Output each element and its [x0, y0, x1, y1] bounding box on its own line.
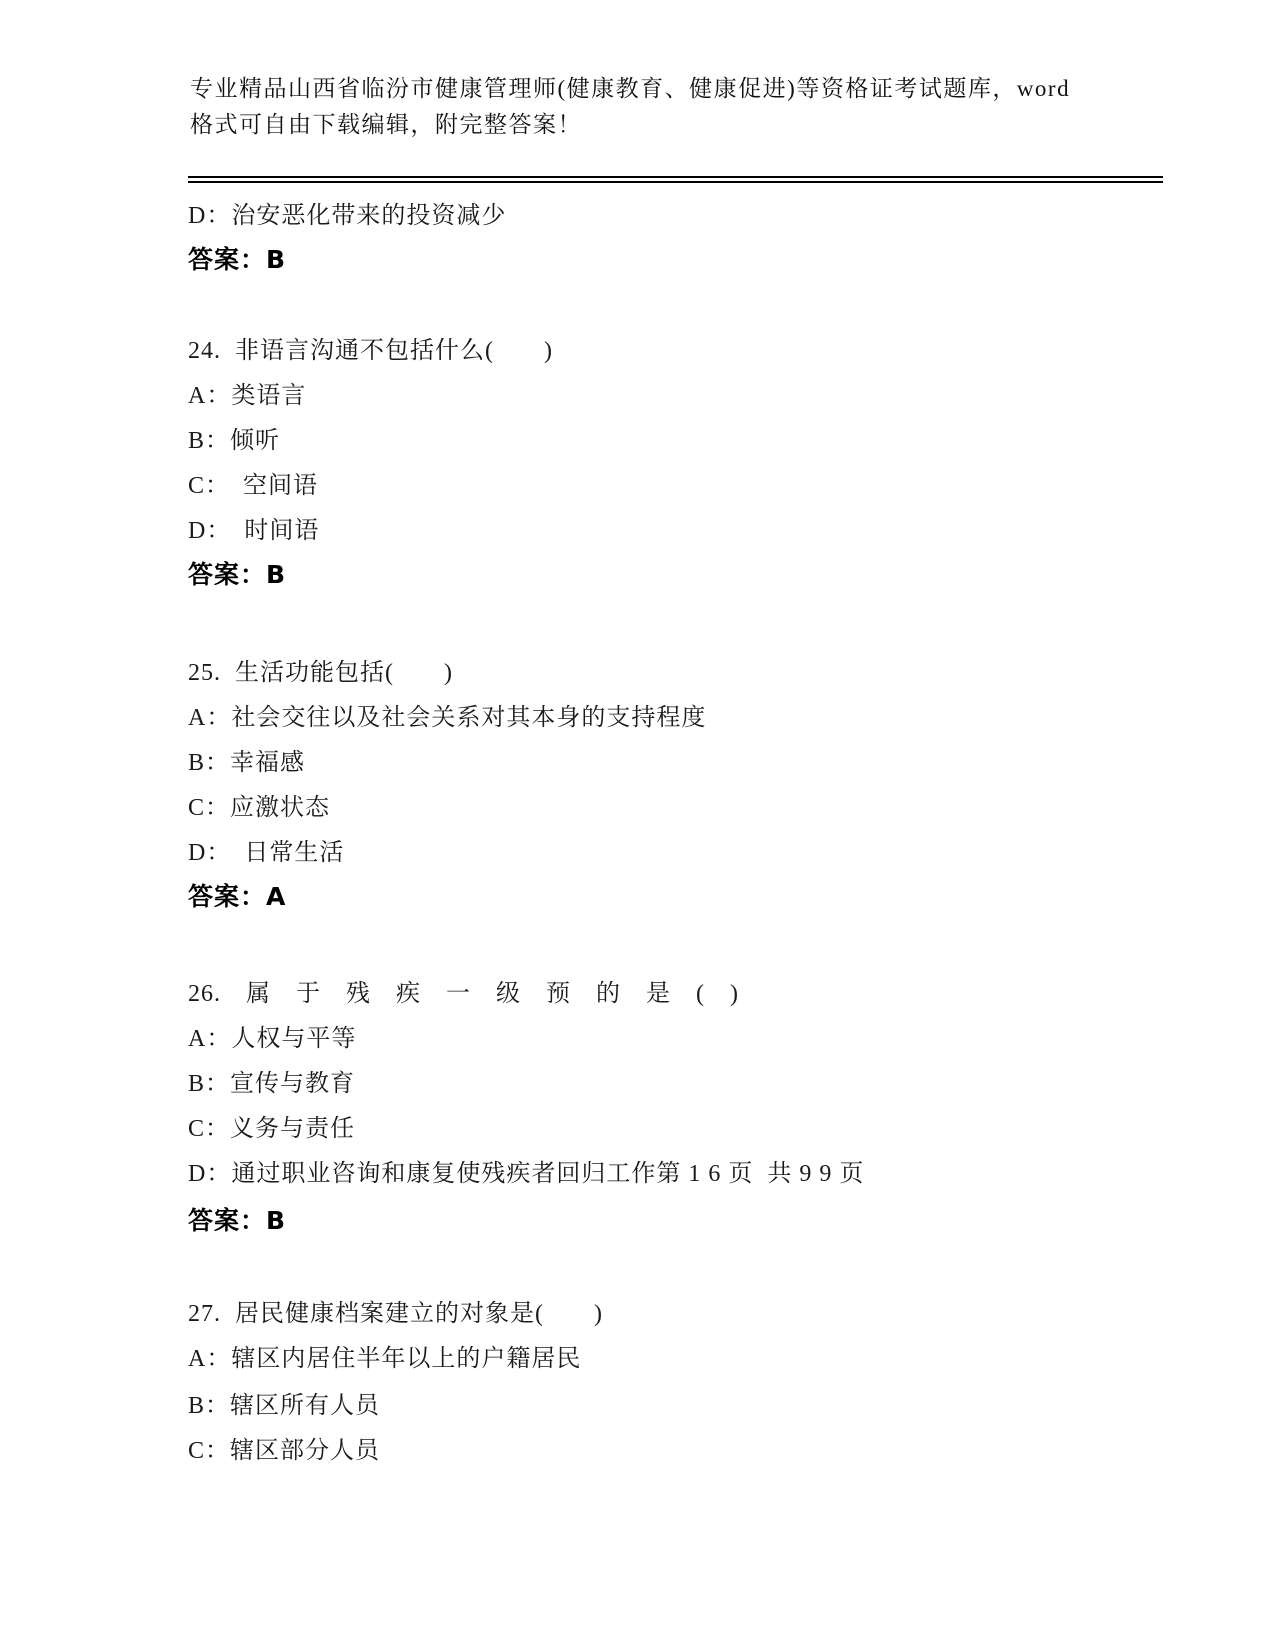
question-25-answer: 答案：A [188, 872, 286, 917]
question-25-option-a: A：社会交往以及社会关系对其本身的支持程度 [188, 692, 706, 737]
question-24-option-c: C： 空间语 [188, 460, 318, 505]
question-25-option-b: B：幸福感 [188, 737, 305, 782]
question-27-option-b: B：辖区所有人员 [188, 1380, 380, 1425]
question-26-option-a: A：人权与平等 [188, 1013, 356, 1058]
question-24-title: 24. 非语言沟通不包括什么( ) [188, 325, 553, 370]
question-23-option-d: D：治安恶化带来的投资减少 [188, 190, 506, 235]
question-25-option-d: D： 日常生活 [188, 827, 344, 872]
question-27-title: 27. 居民健康档案建立的对象是( ) [188, 1288, 603, 1333]
question-26-option-c: C：义务与责任 [188, 1103, 355, 1148]
question-27-option-a: A：辖区内居住半年以上的户籍居民 [188, 1333, 581, 1378]
question-24-answer: 答案：B [188, 550, 286, 595]
header-divider [188, 176, 1163, 183]
question-25-title: 25. 生活功能包括( ) [188, 647, 453, 692]
document-page: 专业精品山西省临汾市健康管理师(健康教育、健康促进)等资格证考试题库，word … [0, 0, 1275, 1650]
question-26-option-d: D：通过职业咨询和康复使残疾者回归工作第 1 6 页 共 9 9 页 [188, 1148, 864, 1193]
question-26-answer: 答案：B [188, 1196, 286, 1241]
question-25-option-c: C：应激状态 [188, 782, 330, 827]
header-line-1: 专业精品山西省临汾市健康管理师(健康教育、健康促进)等资格证考试题库，word [190, 77, 1120, 100]
question-24-option-b: B：倾听 [188, 415, 280, 460]
question-27-option-c: C：辖区部分人员 [188, 1425, 380, 1470]
question-26-title: 26. 属 于 残 疾 一 级 预 的 是 ( ) [188, 968, 739, 1013]
question-24-option-d: D： 时间语 [188, 505, 319, 550]
question-24-option-a: A：类语言 [188, 370, 306, 415]
question-23-answer: 答案：B [188, 235, 286, 280]
divider-bottom-line [188, 181, 1163, 183]
header-line-2: 格式可自由下载编辑，附完整答案！ [190, 113, 1120, 136]
question-26-option-b: B：宣传与教育 [188, 1058, 355, 1103]
